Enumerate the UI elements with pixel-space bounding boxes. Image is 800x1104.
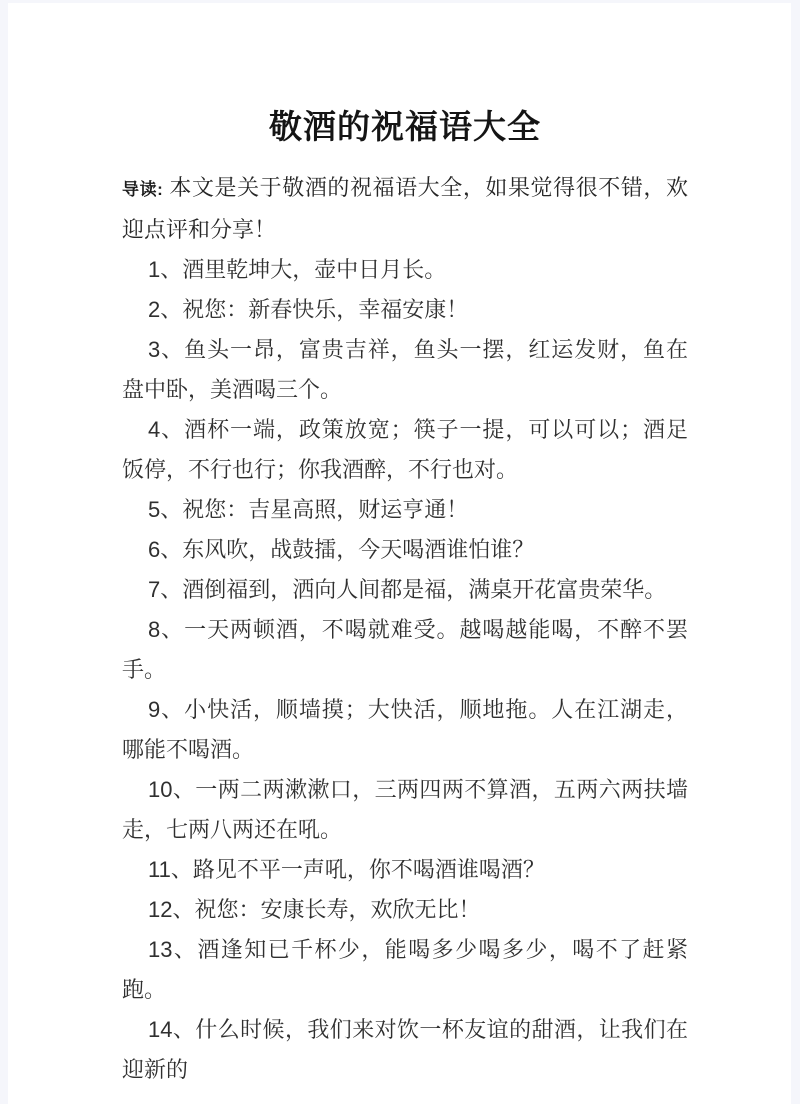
list-item: 1、酒里乾坤大，壶中日月长。 — [122, 250, 688, 290]
list-item: 12、祝您：安康长寿，欢欣无比！ — [122, 890, 688, 930]
list-item: 2、祝您：新春快乐，幸福安康！ — [122, 290, 688, 330]
list-item: 9、小快活，顺墙摸；大快活，顺地拖。人在江湖走，哪能不喝酒。 — [122, 690, 688, 770]
document-page: 敬酒的祝福语大全 导读:本文是关于敬酒的祝福语大全，如果觉得很不错，欢迎点评和分… — [0, 0, 800, 1104]
list-item: 13、酒逢知已千杯少，能喝多少喝多少，喝不了赶紧跑。 — [122, 930, 688, 1010]
intro-paragraph: 导读:本文是关于敬酒的祝福语大全，如果觉得很不错，欢迎点评和分享！ — [122, 168, 688, 250]
page-title: 敬酒的祝福语大全 — [122, 106, 688, 148]
list-item: 7、酒倒福到，洒向人间都是福，满桌开花富贵荣华。 — [122, 570, 688, 610]
list-item: 14、什么时候，我们来对饮一杯友谊的甜酒，让我们在迎新的 — [122, 1010, 688, 1090]
list-item: 10、一两二两漱漱口，三两四两不算酒，五两六两扶墙走，七两八两还在吼。 — [122, 770, 688, 850]
list-item: 8、一天两顿酒，不喝就难受。越喝越能喝，不醉不罢手。 — [122, 610, 688, 690]
blessing-list: 1、酒里乾坤大，壶中日月长。 2、祝您：新春快乐，幸福安康！ 3、鱼头一昂，富贵… — [122, 250, 688, 1090]
list-item: 6、东风吹，战鼓擂，今天喝酒谁怕谁？ — [122, 530, 688, 570]
list-item: 3、鱼头一昂，富贵吉祥，鱼头一摆，红运发财，鱼在盘中卧，美酒喝三个。 — [122, 330, 688, 410]
page-edge-left — [0, 0, 8, 1104]
list-item: 11、路见不平一声吼，你不喝酒谁喝酒？ — [122, 850, 688, 890]
intro-label: 导读: — [122, 180, 169, 199]
list-item: 4、酒杯一端，政策放宽；筷子一提，可以可以；酒足饭停，不行也行；你我酒醉，不行也… — [122, 410, 688, 490]
document-content: 敬酒的祝福语大全 导读:本文是关于敬酒的祝福语大全，如果觉得很不错，欢迎点评和分… — [122, 0, 688, 1090]
list-item: 5、祝您：吉星高照，财运亨通！ — [122, 490, 688, 530]
page-edge-right — [791, 0, 800, 1104]
intro-text: 本文是关于敬酒的祝福语大全，如果觉得很不错，欢迎点评和分享！ — [122, 175, 688, 242]
